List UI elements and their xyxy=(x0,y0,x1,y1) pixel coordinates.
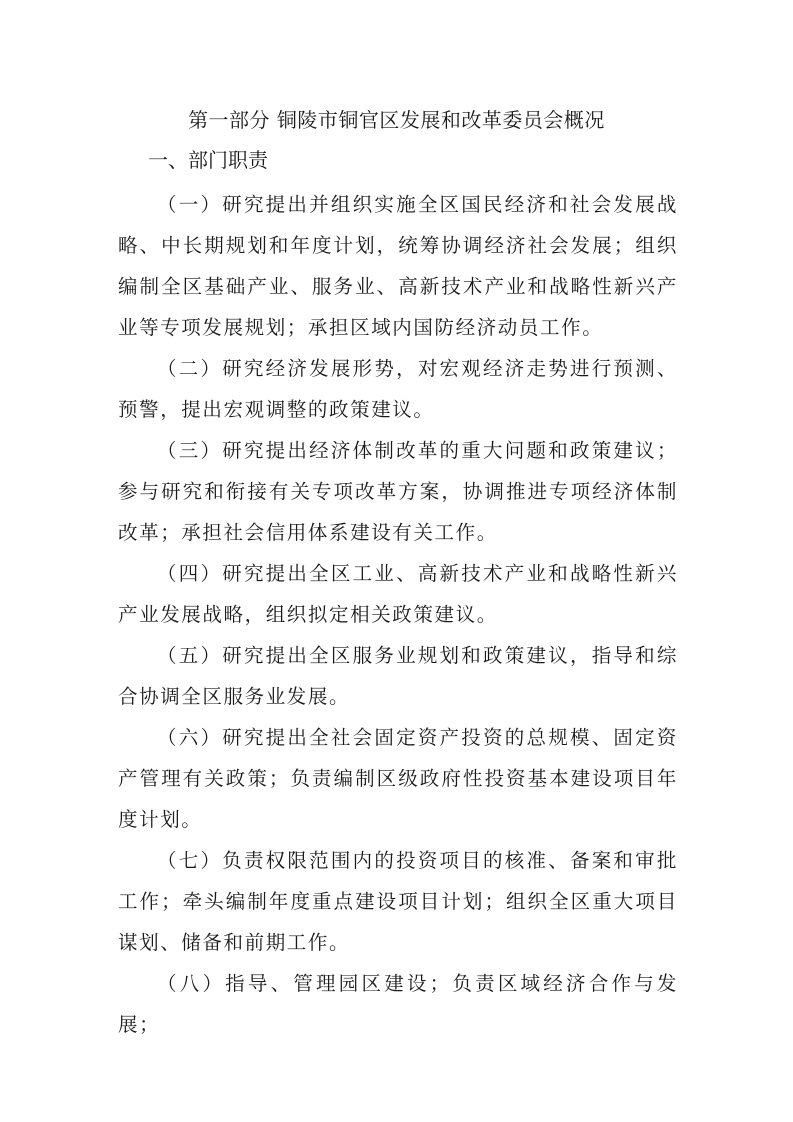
paragraph-8: （八）指导、管理园区建设；负责区域经济合作与发展； xyxy=(118,963,678,1045)
document-title: 第一部分 铜陵市铜官区发展和改革委员会概况 xyxy=(0,104,793,133)
paragraph-4: （四）研究提出全区工业、高新技术产业和战略性新兴产业发展战略，组织拟定相关政策建… xyxy=(118,553,678,635)
paragraph-7: （七）负责权限范围内的投资项目的核准、备案和审批工作；牵头编制年度重点建设项目计… xyxy=(118,840,678,963)
paragraph-1: （一）研究提出并组织实施全区国民经济和社会发展战略、中长期规划和年度计划，统筹协… xyxy=(118,184,678,348)
document-body: （一）研究提出并组织实施全区国民经济和社会发展战略、中长期规划和年度计划，统筹协… xyxy=(118,184,678,1045)
paragraph-6: （六）研究提出全社会固定资产投资的总规模、固定资产管理有关政策；负责编制区级政府… xyxy=(118,717,678,840)
section-heading: 一、部门职责 xyxy=(148,144,268,173)
paragraph-5: （五）研究提出全区服务业规划和政策建议，指导和综合协调全区服务业发展。 xyxy=(118,635,678,717)
paragraph-2: （二）研究经济发展形势，对宏观经济走势进行预测、预警，提出宏观调整的政策建议。 xyxy=(118,348,678,430)
paragraph-3: （三）研究提出经济体制改革的重大问题和政策建议；参与研究和衔接有关专项改革方案，… xyxy=(118,430,678,553)
